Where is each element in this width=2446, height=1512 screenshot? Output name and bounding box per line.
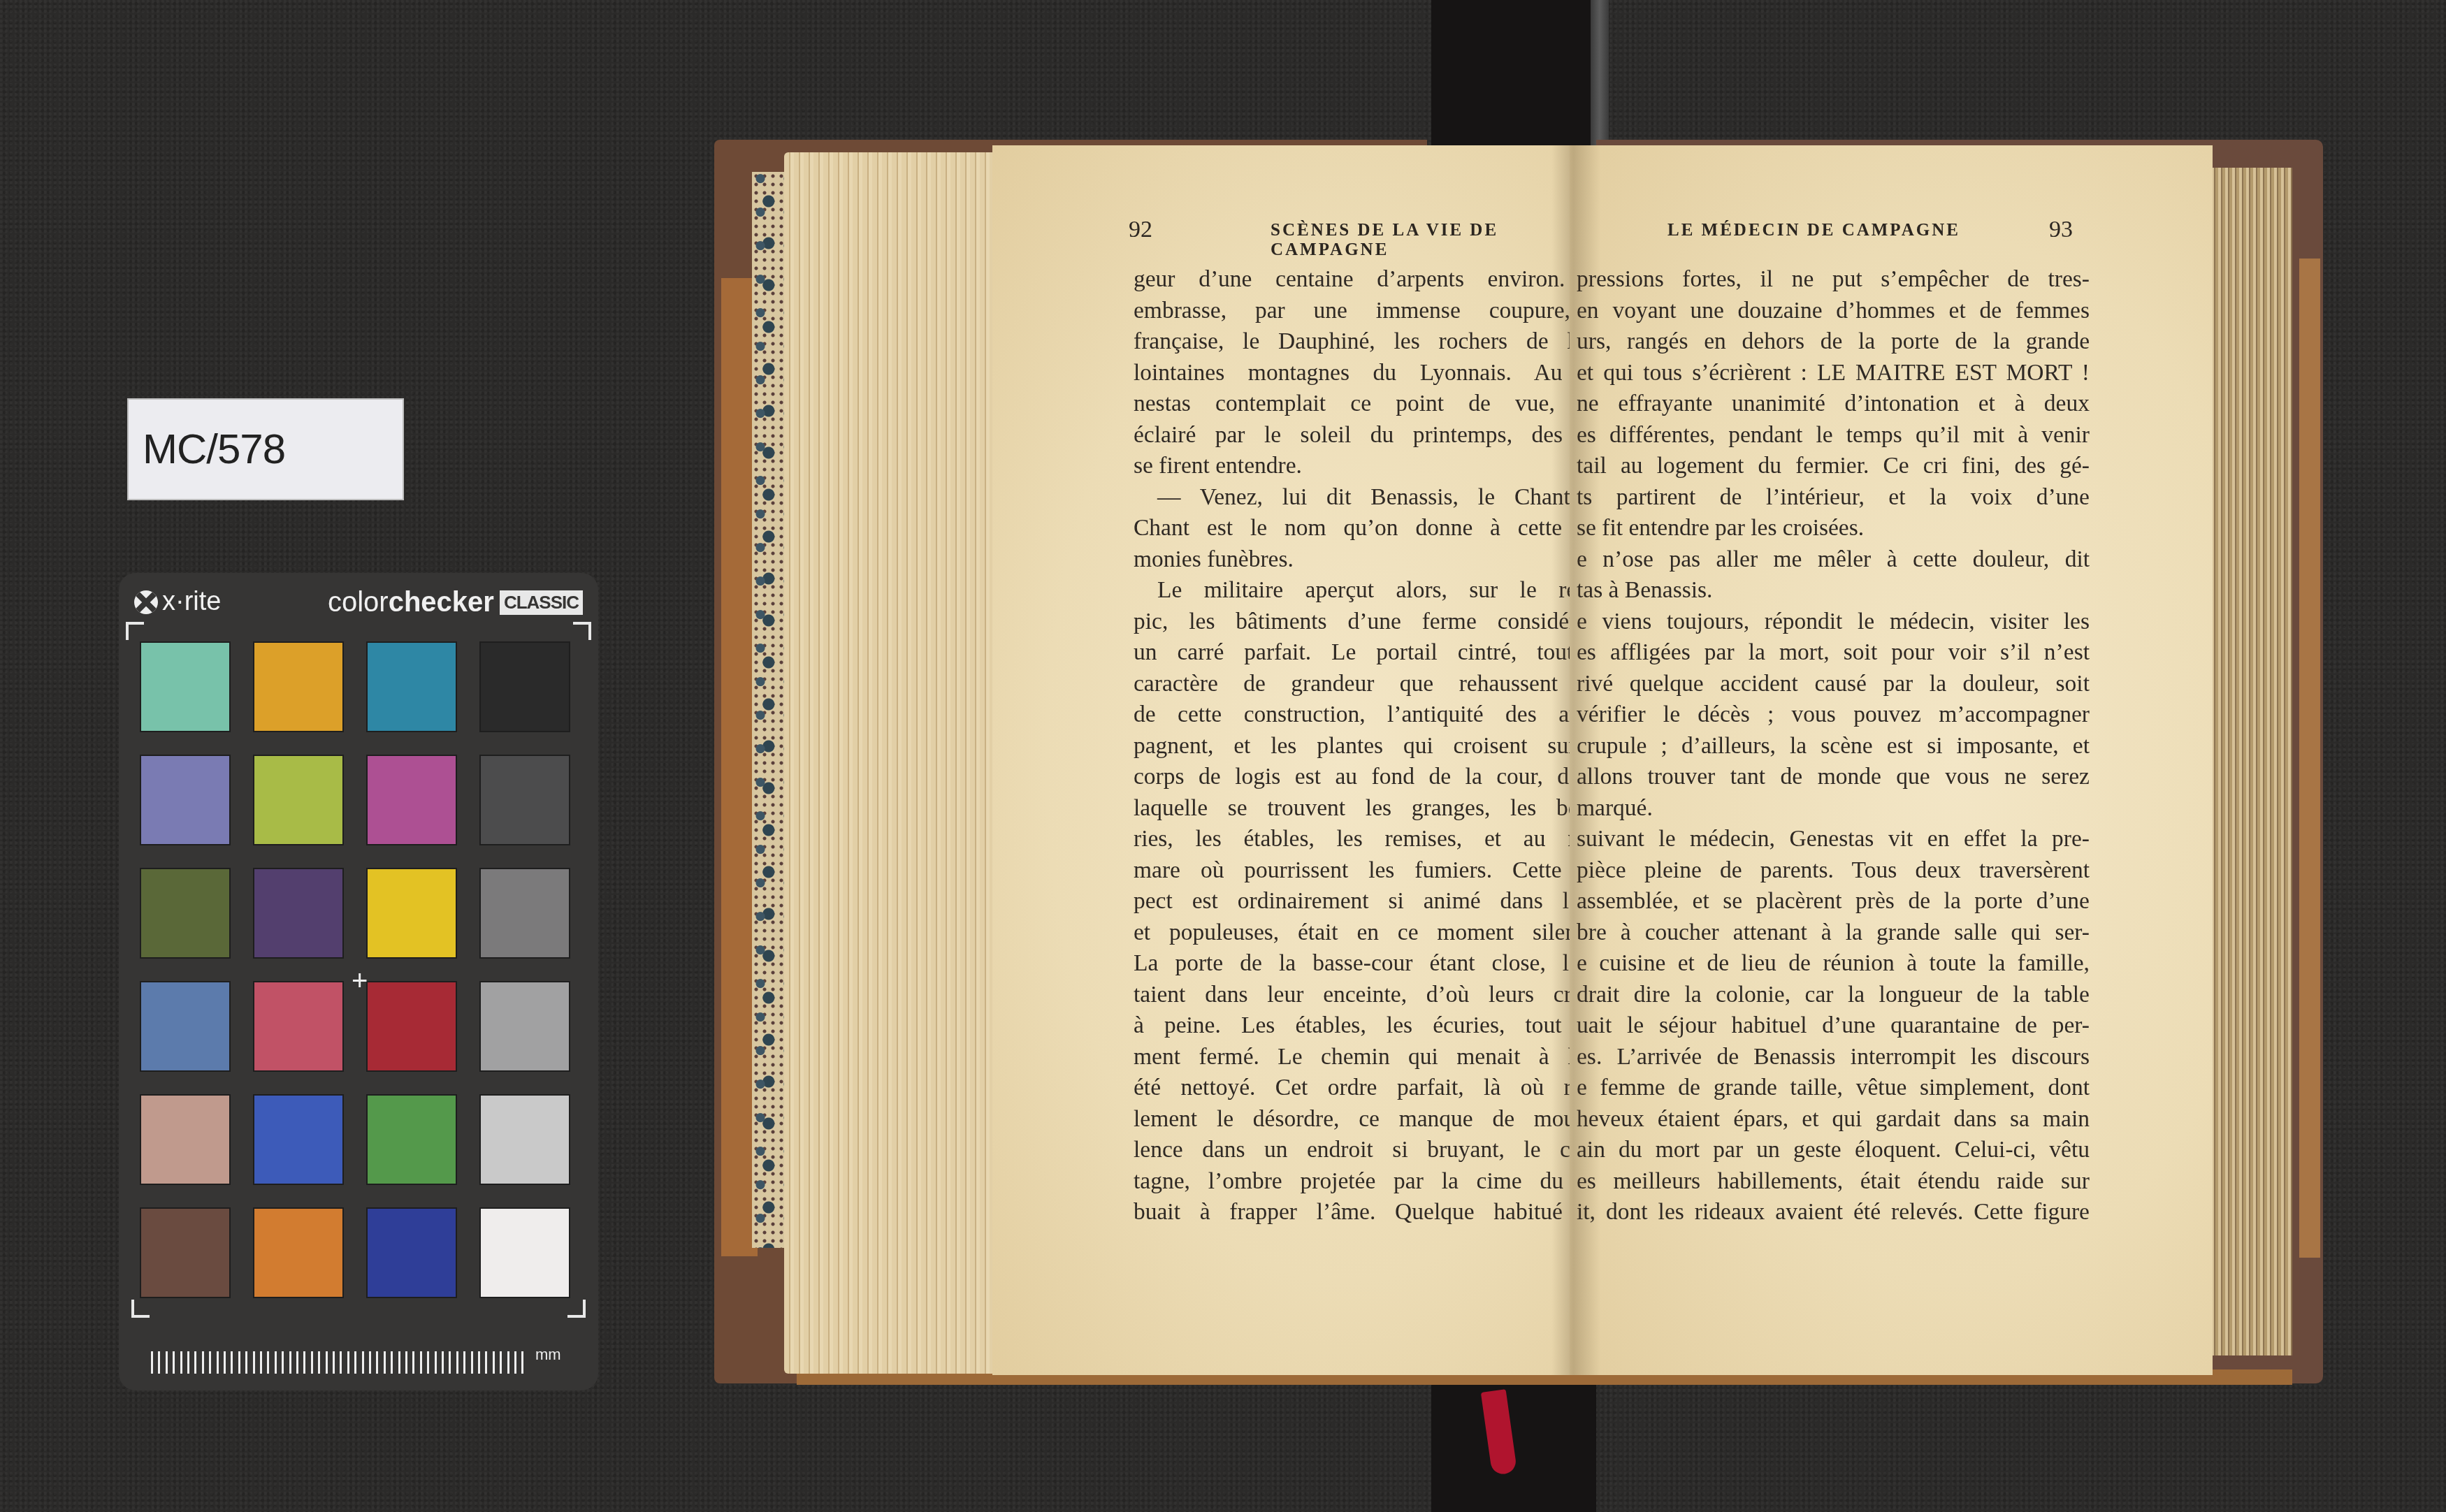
- running-head-left: SCÈNES DE LA VIE DE CAMPAGNE: [1271, 221, 1579, 260]
- color-patch-light-blue-sky: [140, 981, 231, 1072]
- marbled-endpaper: [752, 172, 787, 1248]
- text-line: suivant le médecin, Genestas vit en effe…: [1577, 824, 2090, 855]
- text-line: en voyant une douzaine d’hommes et de fe…: [1577, 296, 2090, 327]
- product-name-light: color: [328, 587, 389, 618]
- text-line: urs, rangés en dehors de la porte de la …: [1577, 326, 2090, 358]
- text-line: bre à coucher attenant à la grande salle…: [1577, 917, 2090, 949]
- text-line: ain du mort par un geste éloquent. Celui…: [1577, 1135, 2090, 1166]
- text-line: e n’ose pas aller me mêler à cette doule…: [1577, 544, 2090, 576]
- text-line: ries, les étables, les remises, et au mi…: [1134, 824, 1616, 855]
- color-patch-white: [479, 1207, 570, 1298]
- right-page-body: pressions fortes, il ne put s’empêcher d…: [1577, 264, 2090, 1228]
- text-line: et qui tous s’écrièrent : LE MAITRE EST …: [1577, 358, 2090, 389]
- text-line: pic, les bâtiments d’une ferme considéra…: [1134, 606, 1616, 638]
- color-patch-cyan: [366, 641, 457, 732]
- text-line: mare où pourrissent les fumiers. Cette c…: [1134, 855, 1616, 887]
- color-patch-black: [479, 641, 570, 732]
- xrite-brand-text: x·rite: [162, 587, 221, 617]
- text-line: un carré parfait. Le portail cintré, tou…: [1134, 637, 1616, 669]
- text-line: taient dans leur enceinte, d’où leurs cr…: [1134, 980, 1616, 1011]
- color-checker-card: x·rite color checker CLASSIC + mm: [119, 573, 598, 1390]
- color-patch-blue: [253, 1094, 344, 1185]
- text-line: it, dont les rideaux avaient été relevés…: [1577, 1197, 2090, 1228]
- text-line: tas à Benassis.: [1577, 575, 2090, 606]
- text-line: nestas contemplait ce point de vue, alor: [1134, 388, 1616, 420]
- color-patch-bluish-green: [140, 641, 231, 732]
- book-cover-leather-edge-right: [2299, 259, 2320, 1258]
- crop-mark-icon: [573, 622, 591, 640]
- text-line: e femme de grande taille, vêtue simpleme…: [1577, 1073, 2090, 1104]
- color-patch-red: [366, 981, 457, 1072]
- left-page: 92 SCÈNES DE LA VIE DE CAMPAGNE geur d’u…: [992, 145, 1579, 1375]
- text-line: rivé quelque accident causé par la doule…: [1577, 669, 2090, 700]
- color-patch-orange-yellow: [253, 641, 344, 732]
- color-patch-magenta: [366, 755, 457, 845]
- text-line: de cette construction, l’antiquité des a…: [1134, 699, 1616, 731]
- text-line: éclairé par le soleil du printemps, des …: [1134, 420, 1616, 451]
- text-line: tagne, l’ombre projetée par la cime du p…: [1134, 1166, 1616, 1198]
- color-patch-purple: [253, 868, 344, 959]
- text-line: es différentes, pendant le temps qu’il m…: [1577, 420, 2090, 451]
- text-line: drait dire la colonie, car la longueur d…: [1577, 980, 2090, 1011]
- text-line: e cuisine et de lieu de réunion à toute …: [1577, 948, 2090, 980]
- color-patch-neutral-6.5: [479, 981, 570, 1072]
- color-patch-blue-primary: [366, 1207, 457, 1298]
- color-patch-green: [366, 1094, 457, 1185]
- text-line: e viens toujours, répondit le médecin, v…: [1577, 606, 2090, 638]
- right-page: LE MÉDECIN DE CAMPAGNE 93 pressions fort…: [1570, 145, 2213, 1375]
- accession-number: MC/578: [143, 425, 285, 473]
- running-head-right: LE MÉDECIN DE CAMPAGNE: [1667, 221, 1960, 240]
- text-line: monies funèbres.: [1134, 544, 1616, 576]
- text-line: ne effrayante unanimité d’intonation et …: [1577, 388, 2090, 420]
- xrite-brand: x·rite: [134, 587, 221, 617]
- color-patch-yellow-green: [253, 755, 344, 845]
- text-line: crupule ; d’ailleurs, la scène est si im…: [1577, 731, 2090, 762]
- text-line: Le militaire aperçut alors, sur le rever…: [1134, 575, 1616, 606]
- text-line: française, le Dauphiné, les rochers de l…: [1134, 326, 1616, 358]
- crosshair-icon: +: [352, 966, 368, 997]
- text-line: vérifier le décès ; vous pouvez m’accomp…: [1577, 699, 2090, 731]
- text-line: es affligées par la mort, soit pour voir…: [1577, 637, 2090, 669]
- text-line: se fit entendre par les croisées.: [1577, 513, 2090, 544]
- cloth-fold-highlight: [1591, 0, 1609, 147]
- text-line: laquelle se trouvent les granges, les be…: [1134, 793, 1616, 824]
- ruler-unit: mm: [535, 1346, 561, 1364]
- text-line: ment fermé. Le chemin qui menait à l’hab: [1134, 1042, 1616, 1073]
- text-line: lence dans un endroit si bruyant, le cal…: [1134, 1135, 1616, 1166]
- text-line: buait à frapper l’âme. Quelque habitué q…: [1134, 1197, 1616, 1228]
- text-line: lointaines montagnes du Lyonnais. Au mo: [1134, 358, 1616, 389]
- colorchecker-product-name: color checker CLASSIC: [328, 587, 583, 618]
- text-line: pect est ordinairement si animé dans les…: [1134, 886, 1616, 917]
- text-line: — Venez, lui dit Benassis, le Chant est: [1134, 482, 1616, 514]
- page-number-left: 92: [1129, 217, 1152, 243]
- text-line: uait le séjour habituel d’une quarantain…: [1577, 1010, 2090, 1042]
- color-patch-yellow: [366, 868, 457, 959]
- text-line: corps de logis est au fond de la cour, d…: [1134, 762, 1616, 793]
- text-line: La porte de la basse-cour étant close, l…: [1134, 948, 1616, 980]
- text-line: lement le désordre, ce manque de mouvem: [1134, 1104, 1616, 1135]
- page-block-left-edges: [784, 152, 994, 1374]
- left-page-body: geur d’une centaine d’arpents environ. A…: [1134, 264, 1616, 1228]
- text-line: pièce pleine de parents. Tous deux trave…: [1577, 855, 2090, 887]
- text-line: es meilleurs habillements, était étendu …: [1577, 1166, 2090, 1198]
- page-number-right: 93: [2049, 217, 2073, 243]
- text-line: caractère de grandeur que rehaussent enc: [1134, 669, 1616, 700]
- crop-mark-icon: [126, 622, 144, 640]
- color-patch-moderate-red: [253, 981, 344, 1072]
- color-patch-orange: [253, 1207, 344, 1298]
- color-patch-neutral-5: [479, 868, 570, 959]
- mm-ruler: [151, 1342, 528, 1374]
- product-name-bold: checker: [389, 587, 494, 618]
- text-line: embrasse, par une immense coupure, la: [1134, 296, 1616, 327]
- color-patch-foliage: [140, 868, 231, 959]
- text-line: pressions fortes, il ne put s’empêcher d…: [1577, 264, 2090, 296]
- text-line: ts partirent de l’intérieur, et la voix …: [1577, 482, 2090, 514]
- color-patch-neutral-8: [479, 1094, 570, 1185]
- color-patch-dark-skin: [140, 1207, 231, 1298]
- text-line: à peine. Les étables, les écuries, tout …: [1134, 1010, 1616, 1042]
- color-patch-neutral-3.5: [479, 755, 570, 845]
- gutter-shadow: [1551, 145, 1600, 1375]
- text-line: marqué.: [1577, 793, 2090, 824]
- text-line: et populeuses, était en ce moment silenc…: [1134, 917, 1616, 949]
- accession-label: MC/578: [127, 398, 404, 500]
- crop-mark-icon: [131, 1300, 150, 1318]
- text-line: heveux étaient épars, et qui gardait dan…: [1577, 1104, 2090, 1135]
- text-line: été nettoyé. Cet ordre parfait, là où ré…: [1134, 1073, 1616, 1104]
- color-patch-light-skin: [140, 1094, 231, 1185]
- text-line: geur d’une centaine d’arpents environ. A…: [1134, 264, 1616, 296]
- color-patch-blue-flower: [140, 755, 231, 845]
- page-block-right-edges: [2208, 168, 2292, 1355]
- edition-badge: CLASSIC: [500, 590, 583, 615]
- text-line: se firent entendre.: [1134, 451, 1616, 482]
- text-line: Chant est le nom qu’on donne à cette par…: [1134, 513, 1616, 544]
- xrite-logo-icon: [134, 590, 158, 614]
- text-line: allons trouver tant de monde que vous ne…: [1577, 762, 2090, 793]
- text-line: assemblée, et se placèrent près de la po…: [1577, 886, 2090, 917]
- crop-mark-icon: [567, 1300, 586, 1318]
- text-line: tail au logement du fermier. Ce cri fini…: [1577, 451, 2090, 482]
- text-line: es. L’arrivée de Benassis interrompit le…: [1577, 1042, 2090, 1073]
- text-line: pagnent, et les plantes qui croisent sur…: [1134, 731, 1616, 762]
